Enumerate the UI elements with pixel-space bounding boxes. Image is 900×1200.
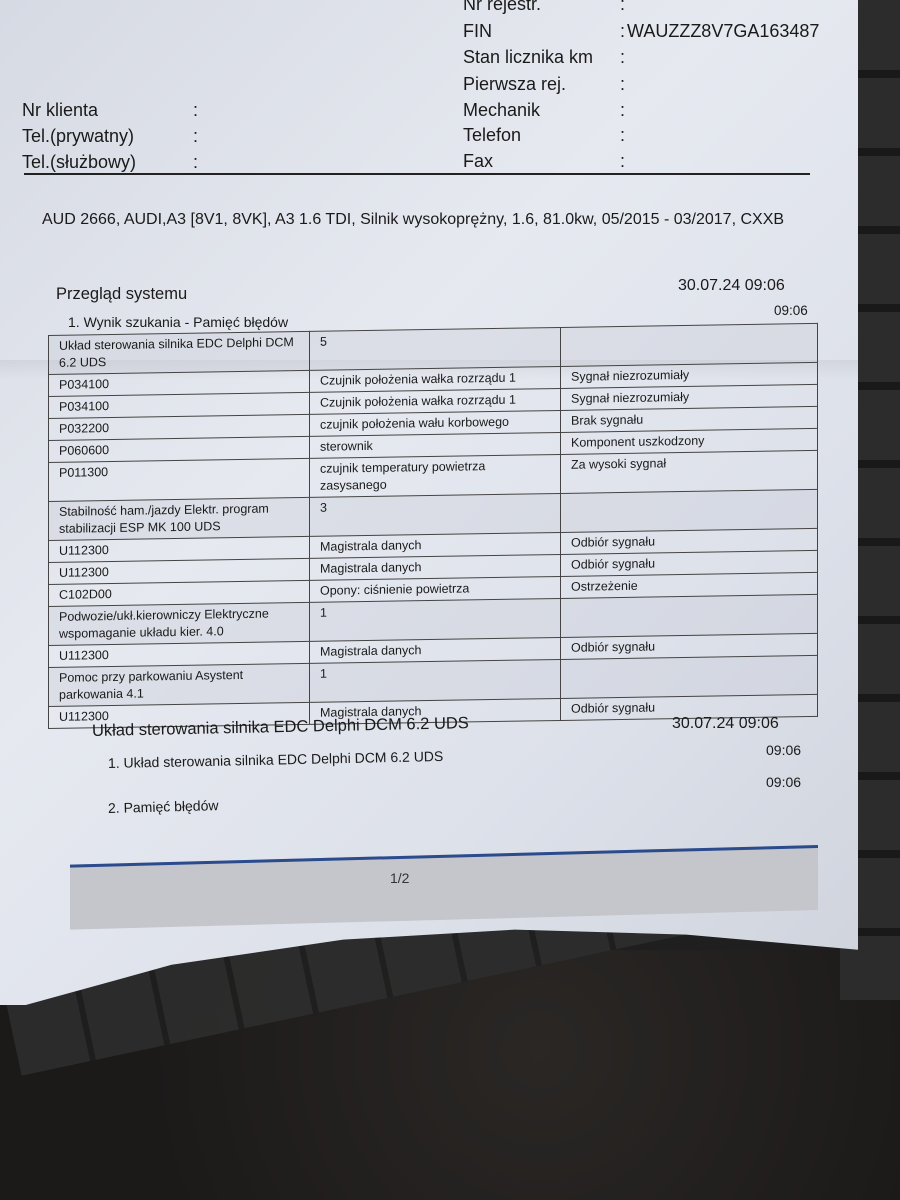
fault-count: 1 bbox=[310, 598, 561, 641]
search-result-time: 09:06 bbox=[774, 303, 808, 318]
fault-count: 3 bbox=[310, 493, 561, 536]
field-colon: : bbox=[620, 151, 625, 172]
field-colon: : bbox=[620, 0, 625, 15]
field-label-customer-no: Nr klienta bbox=[22, 100, 98, 121]
system-overview-title: Przegląd systemu bbox=[56, 285, 187, 304]
fault-memory-table: Układ sterowania silnika EDC Delphi DCM … bbox=[48, 323, 818, 729]
engine-subitem-1: 1. Układ sterowania silnika EDC Delphi D… bbox=[108, 748, 444, 771]
fault-status: Za wysoki sygnał bbox=[561, 450, 818, 493]
field-value-fin: WAUZZZ8V7GA163487 bbox=[627, 21, 819, 42]
field-label-fin: FIN bbox=[463, 21, 492, 42]
component: czujnik temperatury powietrza zasysanego bbox=[310, 454, 561, 497]
field-label-nr-rejestr: Nr rejestr. bbox=[463, 0, 541, 15]
field-label-business-phone: Tel.(służbowy) bbox=[22, 152, 136, 173]
control-unit-name: Stabilność ham./jazdy Elektr. program st… bbox=[49, 497, 310, 540]
fault-code: P011300 bbox=[49, 458, 310, 501]
field-label-mechanic: Mechanik bbox=[463, 100, 540, 121]
field-colon: : bbox=[620, 47, 625, 68]
status bbox=[561, 323, 818, 366]
fault-count: 1 bbox=[310, 659, 561, 702]
field-label-private-phone: Tel.(prywatny) bbox=[22, 126, 134, 147]
control-unit-name: Układ sterowania silnika EDC Delphi DCM … bbox=[49, 331, 310, 374]
field-colon: : bbox=[620, 100, 625, 121]
engine-section-datetime: 30.07.24 09:06 bbox=[672, 715, 779, 733]
search-result-label: 1. Wynik szukania - Pamięć błędów bbox=[68, 314, 288, 330]
header-divider bbox=[24, 173, 810, 175]
field-colon: : bbox=[193, 152, 198, 173]
field-label-phone: Telefon bbox=[463, 125, 521, 146]
field-label-odometer: Stan licznika km bbox=[463, 47, 593, 68]
field-colon: : bbox=[193, 100, 198, 121]
diagnostic-report-page: Nr rejestr. : FIN : WAUZZZ8V7GA163487 St… bbox=[0, 0, 858, 1005]
engine-subitem-2: 2. Pamięć błędów bbox=[108, 797, 219, 816]
control-unit-name: Podwozie/ukł.kierowniczy Elektryczne wsp… bbox=[49, 602, 310, 645]
vehicle-description: AUD 2666, AUDI,A3 [8V1, 8VK], A3 1.6 TDI… bbox=[42, 203, 822, 237]
field-colon: : bbox=[620, 21, 625, 42]
status bbox=[561, 489, 818, 532]
field-label-fax: Fax bbox=[463, 151, 493, 172]
system-overview-datetime: 30.07.24 09:06 bbox=[678, 277, 785, 295]
engine-subitem-1-time: 09:06 bbox=[766, 774, 801, 790]
engine-section-time: 09:06 bbox=[766, 742, 801, 758]
status bbox=[561, 655, 818, 698]
fault-count: 5 bbox=[310, 327, 561, 370]
field-colon: : bbox=[620, 74, 625, 95]
control-unit-name: Pomoc przy parkowaniu Asystent parkowani… bbox=[49, 663, 310, 706]
page-footer-band bbox=[70, 845, 818, 930]
field-label-first-registration: Pierwsza rej. bbox=[463, 74, 566, 95]
status bbox=[561, 594, 818, 637]
field-colon: : bbox=[193, 126, 198, 147]
field-colon: : bbox=[620, 125, 625, 146]
page-number: 1/2 bbox=[390, 870, 409, 886]
